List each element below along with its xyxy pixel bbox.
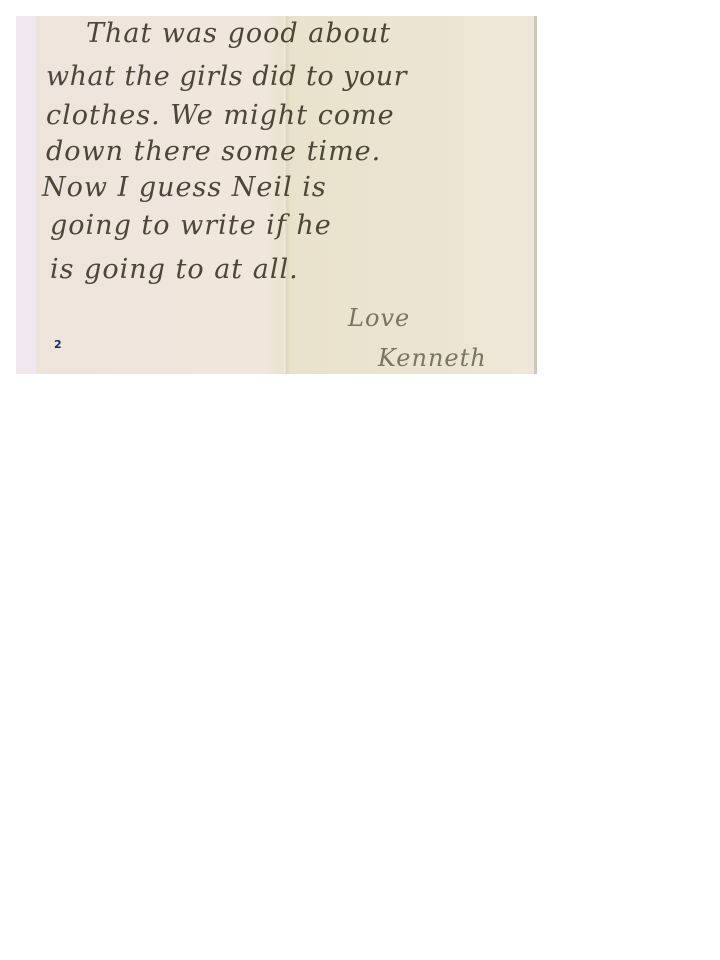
letter-line-4: down there some time. [46, 136, 381, 167]
letter-line-5: Now I guess Neil is [42, 172, 327, 203]
letter-line-6: going to write if he [50, 210, 332, 241]
letter-line-1: That was good about [86, 18, 391, 49]
scanned-letter-page: That was good about what the girls did t… [16, 16, 537, 374]
page-number: 2 [54, 338, 62, 351]
paper-right-edge [534, 16, 537, 374]
letter-signature: Kenneth [378, 344, 487, 372]
letter-line-3: clothes. We might come [46, 100, 395, 131]
scan-edge-strip [16, 16, 36, 374]
letter-line-7: is going to at all. [50, 254, 299, 285]
letter-line-2: what the girls did to your [46, 61, 407, 92]
letter-closing: Love [348, 304, 410, 332]
cut-off-handwriting [116, 364, 376, 374]
